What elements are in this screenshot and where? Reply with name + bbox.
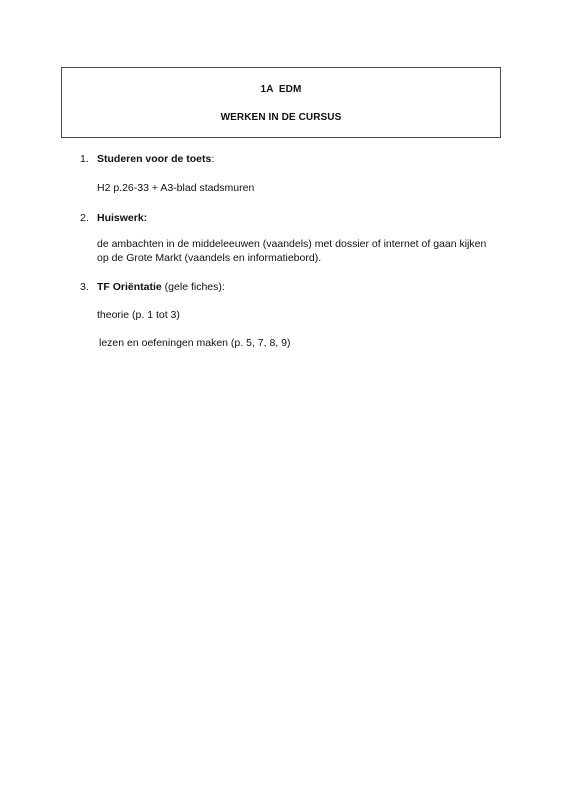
list-item-title: Studeren voor de toets:	[97, 153, 214, 165]
title-box: 1A EDM WERKEN IN DE CURSUS	[61, 67, 501, 138]
orientation-detail-exercises: lezen en oefeningen maken (p. 5, 7, 8, 9…	[99, 336, 519, 350]
list-number: 1.	[80, 153, 89, 165]
list-number: 2.	[80, 212, 89, 224]
list-item-title-rest: :	[211, 153, 214, 165]
list-item-title-bold: TF Oriëntatie	[97, 281, 162, 293]
list-item-title: Huiswerk:	[97, 212, 147, 224]
list-item-title-bold: Studeren voor de toets	[97, 153, 211, 165]
homework-detail-line-2: op de Grote Markt (vaandels en informati…	[97, 251, 517, 265]
list-number: 3.	[80, 281, 89, 293]
study-detail: H2 p.26-33 + A3-blad stadsmuren	[97, 181, 517, 195]
homework-detail-line-1: de ambachten in de middeleeuwen (vaandel…	[97, 237, 517, 251]
orientation-detail-theory: theorie (p. 1 tot 3)	[97, 308, 517, 322]
class-code-heading: 1A EDM	[62, 84, 500, 95]
document-page: 1A EDM WERKEN IN DE CURSUS 1. Studeren v…	[0, 0, 565, 800]
list-item-title: TF Oriëntatie (gele fiches):	[97, 281, 225, 293]
document-title: WERKEN IN DE CURSUS	[62, 112, 500, 123]
list-item-title-bold: Huiswerk:	[97, 212, 147, 224]
list-item-title-rest: (gele fiches):	[162, 281, 225, 293]
